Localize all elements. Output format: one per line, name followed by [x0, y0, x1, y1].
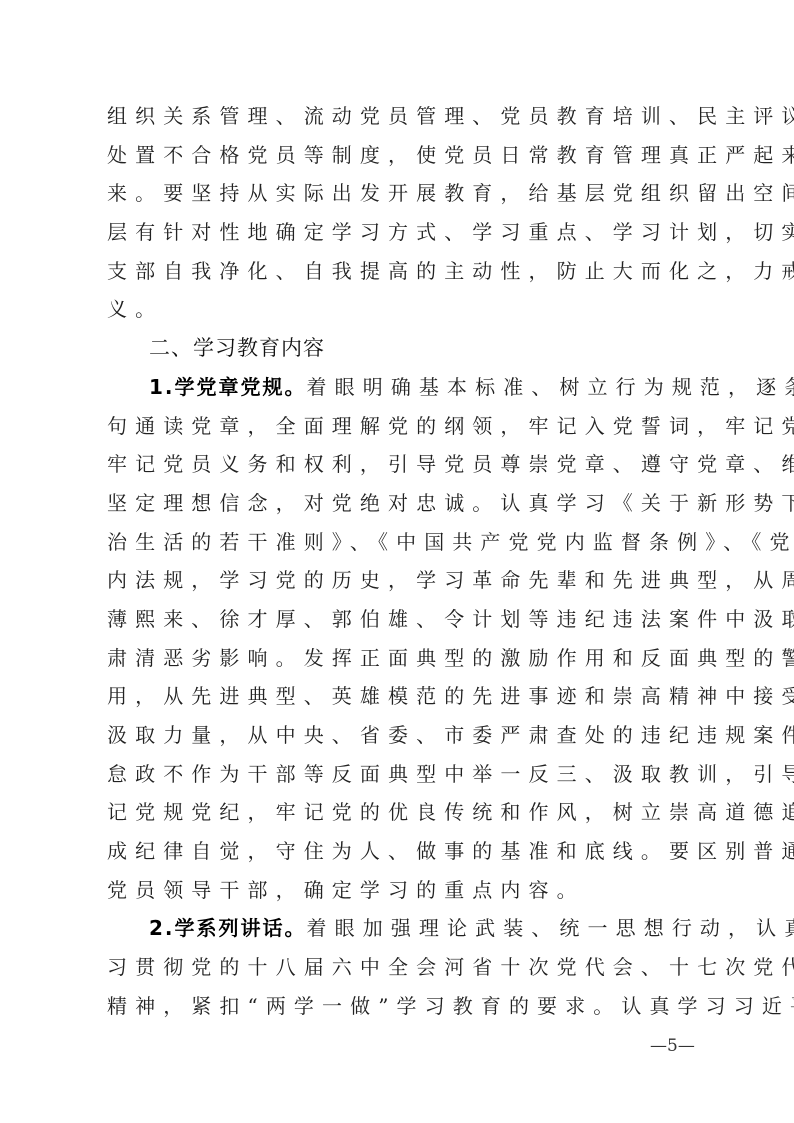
item-2-first-line: 2.学系列讲话。着眼加强理论武装、统一思想行动，认真学	[107, 909, 707, 948]
paragraph-line: 坚定理想信念，对党绝对忠诚。认真学习《关于新形势下党内政	[107, 484, 707, 523]
paragraph-line: 来。要坚持从实际出发开展教育，给基层党组织留出空间，让基	[107, 174, 707, 213]
paragraph-line: 汲取力量，从中央、省委、市委严肃查处的违纪违规案件、懒政	[107, 716, 707, 755]
paragraph-line: 肃清恶劣影响。发挥正面典型的激励作用和反面典型的警示作	[107, 639, 707, 678]
paragraph-line: 层有针对性地确定学习方式、学习重点、学习计划，切实发挥党	[107, 213, 707, 252]
paragraph-line: 习贯彻党的十八届六中全会河省十次党代会、十七次党代会会议	[107, 948, 707, 987]
paragraph-line: 组织关系管理、流动党员管理、党员教育培训、民主评议党员、	[107, 97, 707, 136]
paragraph-line: 处置不合格党员等制度，使党员日常教育管理真正严起来、实起	[107, 136, 707, 175]
item-2-label: 2.学系列讲话。	[149, 916, 307, 940]
paragraph-line: 党员领导干部，确定学习的重点内容。	[107, 871, 707, 910]
paragraph-line: 支部自我净化、自我提高的主动性，防止大而化之，力戒形式主	[107, 252, 707, 291]
paragraph-line: 用，从先进典型、英雄模范的先进事迹和崇高精神中接受教育、	[107, 677, 707, 716]
section-heading: 二、学习教育内容	[107, 329, 707, 368]
paragraph-line: 治生活的若干准则》、《中国共产党党内监督条例》、《党章》等党	[107, 523, 707, 562]
paragraph-line: 成纪律自觉，守住为人、做事的基准和底线。要区别普通党员和	[107, 832, 707, 871]
paragraph-line: 怠政不作为干部等反面典型中举一反三、汲取教训，引导党员牢	[107, 755, 707, 794]
item-1-first-line-text: 着眼明确基本标准、树立行为规范，逐条逐	[307, 375, 794, 399]
paragraph-line: 牢记党员义务和权利，引导党员尊崇党章、遵守党章、维护党章，	[107, 445, 707, 484]
item-1-label: 1.学党章党规。	[149, 375, 307, 399]
paragraph-line: 内法规，学习党的历史，学习革命先辈和先进典型，从周永康、	[107, 561, 707, 600]
paragraph-line: 句通读党章，全面理解党的纲领，牢记入党誓词，牢记党的宗旨，	[107, 407, 707, 446]
item-2-first-line-text: 着眼加强理论武装、统一思想行动，认真学	[307, 916, 794, 940]
document-page: 组织关系管理、流动党员管理、党员教育培训、民主评议党员、 处置不合格党员等制度，…	[0, 0, 794, 1123]
page-number: —5—	[650, 1036, 695, 1056]
paragraph-line: 记党规党纪，牢记党的优良传统和作风，树立崇高道德追求，养	[107, 793, 707, 832]
item-1-first-line: 1.学党章党规。着眼明确基本标准、树立行为规范，逐条逐	[107, 368, 707, 407]
paragraph-line: 薄熙来、徐才厚、郭伯雄、令计划等违纪违法案件中汲取教训，	[107, 600, 707, 639]
paragraph-line: 义。	[107, 290, 707, 329]
document-body: 组织关系管理、流动党员管理、党员教育培训、民主评议党员、 处置不合格党员等制度，…	[107, 97, 707, 1026]
paragraph-line: 精神，紧扣“两学一做”学习教育的要求。认真学习习近平总书	[107, 987, 707, 1026]
